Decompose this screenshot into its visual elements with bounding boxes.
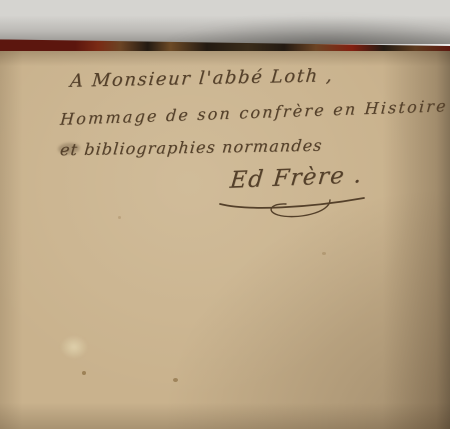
book-photo: A Monsieur l'abbé Loth , Hommage de son … — [0, 0, 450, 429]
signature: Ed Frère . — [229, 164, 364, 193]
signature-flourish — [218, 191, 368, 221]
inscription-line-3: et bibliographies normandes — [59, 138, 323, 159]
foxing-spot — [60, 335, 88, 359]
inscription-line-2: Hommage de son confrère en Histoire — [60, 98, 449, 128]
inscription-line-1: A Monsieur l'abbé Loth , — [69, 67, 334, 91]
foxing-speck — [173, 378, 178, 382]
foxing-speck — [82, 371, 86, 375]
foxing-speck — [118, 216, 121, 219]
photo-backdrop — [0, 0, 450, 44]
book-flyleaf-page: A Monsieur l'abbé Loth , Hommage de son … — [0, 51, 450, 429]
foxing-speck — [322, 252, 326, 255]
